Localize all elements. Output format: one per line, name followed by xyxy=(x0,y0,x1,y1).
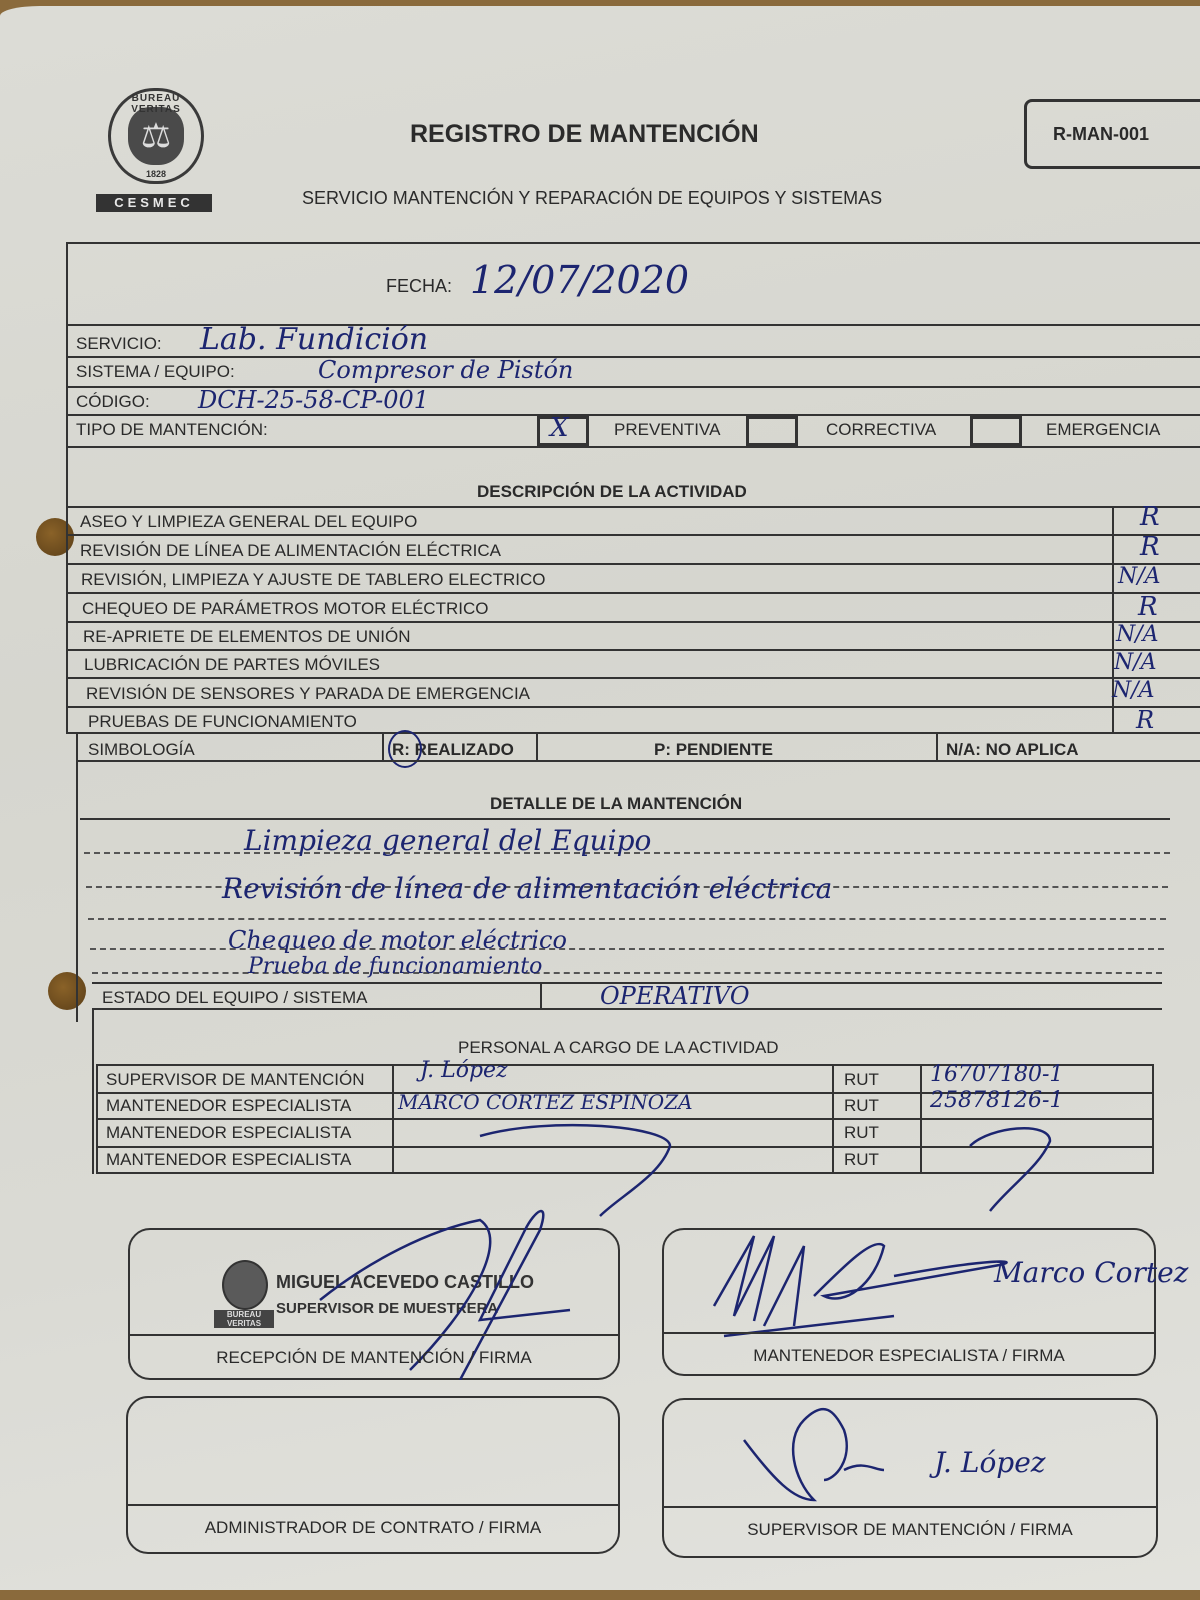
row-divider xyxy=(76,760,1200,762)
form-left-border xyxy=(76,732,78,1022)
row-divider xyxy=(66,732,1200,734)
correctiva-label: CORRECTIVA xyxy=(826,420,936,440)
recepcion-caption: RECEPCIÓN DE MANTENCIÓN / FIRMA xyxy=(130,1348,618,1368)
signature-line xyxy=(128,1504,618,1506)
preventiva-checkbox[interactable]: X xyxy=(537,416,589,446)
row-divider xyxy=(66,446,1200,448)
row-divider xyxy=(66,356,1200,358)
personal-role: MANTENEDOR ESPECIALISTA xyxy=(106,1096,351,1116)
recepcion-signature-box[interactable]: BUREAU VERITAS MIGUEL ACEVEDO CASTILLO S… xyxy=(128,1228,620,1380)
row-divider xyxy=(92,1008,1162,1010)
sistema-value[interactable]: Compresor de Pistón xyxy=(318,356,573,384)
activity-item-status[interactable]: N/A xyxy=(1118,564,1161,589)
bureau-veritas-logo: ⚖ BUREAU VERITAS 1828 xyxy=(108,88,204,184)
activity-item-label: LUBRICACIÓN DE PARTES MÓVILES xyxy=(84,655,380,675)
cell-divider xyxy=(540,982,542,1008)
stamp-brand: BUREAU VERITAS xyxy=(214,1310,274,1328)
personal-role: MANTENEDOR ESPECIALISTA xyxy=(106,1150,351,1170)
sistema-label: SISTEMA / EQUIPO: xyxy=(76,362,235,382)
row-divider xyxy=(66,506,1200,508)
supervisor-signature-icon xyxy=(734,1400,934,1520)
supervisor-signature-text: J. López xyxy=(934,1446,1046,1479)
activity-item-label: RE-APRIETE DE ELEMENTOS DE UNIÓN xyxy=(83,627,410,647)
tipo-mantencion-label: TIPO DE MANTENCIÓN: xyxy=(76,420,268,440)
activity-item-status[interactable]: N/A xyxy=(1116,622,1159,647)
rut-label: RUT xyxy=(844,1070,879,1090)
form-code-badge: R-MAN-001 xyxy=(1024,99,1200,169)
activity-item-status[interactable]: R xyxy=(1140,502,1160,532)
simbologia-label: SIMBOLOGÍA xyxy=(88,740,195,760)
row-divider xyxy=(66,414,1200,416)
row-divider xyxy=(66,621,1200,623)
mantenedor-signature-text: Marco Cortez xyxy=(994,1256,1188,1289)
row-divider xyxy=(66,706,1200,708)
activity-item-status[interactable]: N/A xyxy=(1112,678,1155,703)
dashed-line xyxy=(88,918,1166,920)
codigo-label: CÓDIGO: xyxy=(76,392,150,412)
punch-hole-bottom xyxy=(48,972,86,1010)
personal-role: SUPERVISOR DE MANTENCIÓN xyxy=(106,1070,365,1090)
activity-item-label: ASEO Y LIMPIEZA GENERAL DEL EQUIPO xyxy=(80,512,417,532)
activity-item-label: REVISIÓN DE LÍNEA DE ALIMENTACIÓN ELÉCTR… xyxy=(80,541,501,561)
emergencia-checkbox[interactable] xyxy=(970,416,1022,446)
actividad-section-title: DESCRIPCIÓN DE LA ACTIVIDAD xyxy=(477,482,747,502)
form-top-border xyxy=(66,242,1200,244)
row-divider xyxy=(66,677,1200,679)
signature-line xyxy=(664,1506,1156,1508)
preventiva-label: PREVENTIVA xyxy=(614,420,720,440)
punch-hole-top xyxy=(36,518,74,556)
row-divider xyxy=(66,563,1200,565)
personal-section-title: PERSONAL A CARGO DE LA ACTIVIDAD xyxy=(458,1038,779,1058)
cell-divider xyxy=(536,732,538,760)
signature-line xyxy=(130,1334,618,1336)
servicio-value[interactable]: Lab. Fundición xyxy=(200,322,428,357)
simbologia-no-aplica: N/A: NO APLICA xyxy=(946,740,1079,760)
fecha-label: FECHA: xyxy=(386,276,452,297)
detalle-line[interactable]: Prueba de funcionamiento xyxy=(248,954,542,979)
detalle-line[interactable]: Limpieza general del Equipo xyxy=(244,824,651,857)
mantenedor-signature-box[interactable]: Marco Cortez MANTENEDOR ESPECIALISTA / F… xyxy=(662,1228,1156,1376)
row-divider xyxy=(66,649,1200,651)
detalle-section-title: DETALLE DE LA MANTENCIÓN xyxy=(490,794,742,814)
form-paper: ⚖ BUREAU VERITAS 1828 CESMEC REGISTRO DE… xyxy=(0,6,1200,1590)
personal-name[interactable]: J. López xyxy=(420,1058,508,1083)
administrador-signature-box[interactable]: ADMINISTRADOR DE CONTRATO / FIRMA xyxy=(126,1396,620,1554)
emergencia-label: EMERGENCIA xyxy=(1046,420,1160,440)
cesmec-brand: CESMEC xyxy=(96,194,212,212)
logo-year: 1828 xyxy=(111,169,201,179)
activity-item-status[interactable]: R xyxy=(1140,532,1160,562)
fecha-value[interactable]: 12/07/2020 xyxy=(470,258,689,302)
page-title: REGISTRO DE MANTENCIÓN xyxy=(410,120,759,149)
mantenedor-caption: MANTENEDOR ESPECIALISTA / FIRMA xyxy=(664,1346,1154,1366)
simbologia-pendiente: P: PENDIENTE xyxy=(654,740,773,760)
correctiva-checkbox[interactable] xyxy=(746,416,798,446)
activity-item-label: REVISIÓN, LIMPIEZA Y AJUSTE DE TABLERO E… xyxy=(81,570,546,590)
estado-label: ESTADO DEL EQUIPO / SISTEMA xyxy=(102,988,367,1008)
cell-divider xyxy=(936,732,938,760)
activity-item-label: PRUEBAS DE FUNCIONAMIENTO xyxy=(88,712,357,732)
form-left-border xyxy=(92,1008,94,1174)
administrador-caption: ADMINISTRADOR DE CONTRATO / FIRMA xyxy=(128,1518,618,1538)
activity-item-label: REVISIÓN DE SENSORES Y PARADA DE EMERGEN… xyxy=(86,684,530,704)
estado-value[interactable]: OPERATIVO xyxy=(600,982,750,1010)
stamp-logo-icon xyxy=(222,1260,268,1310)
detalle-line[interactable]: Revisión de línea de alimentación eléctr… xyxy=(222,872,832,905)
supervisor-signature-box[interactable]: J. López SUPERVISOR DE MANTENCIÓN / FIRM… xyxy=(662,1398,1158,1558)
codigo-value[interactable]: DCH-25-58-CP-001 xyxy=(198,386,429,414)
personal-role: MANTENEDOR ESPECIALISTA xyxy=(106,1123,351,1143)
logo-figure-icon: ⚖ xyxy=(128,107,184,165)
activity-item-status[interactable]: R xyxy=(1136,706,1154,734)
realizado-circle-mark xyxy=(388,730,422,768)
logo-ring-text: BUREAU VERITAS xyxy=(111,93,201,115)
row-divider xyxy=(66,534,1200,536)
activity-item-status[interactable]: R xyxy=(1138,592,1158,622)
personal-rut[interactable]: 16707180-1 xyxy=(930,1062,1063,1087)
detalle-line[interactable]: Chequeo de motor eléctrico xyxy=(228,926,567,954)
servicio-label: SERVICIO: xyxy=(76,334,162,354)
activity-item-label: CHEQUEO DE PARÁMETROS MOTOR ELÉCTRICO xyxy=(82,599,488,619)
signature-line xyxy=(664,1332,1154,1334)
cell-divider xyxy=(382,732,384,760)
row-divider xyxy=(66,592,1200,594)
form-left-border xyxy=(66,242,68,732)
page-subtitle: SERVICIO MANTENCIÓN Y REPARACIÓN DE EQUI… xyxy=(302,188,882,209)
row-divider xyxy=(80,818,1170,820)
activity-item-status[interactable]: N/A xyxy=(1114,650,1157,675)
checkbox-mark: X xyxy=(550,413,569,443)
supervisor-caption: SUPERVISOR DE MANTENCIÓN / FIRMA xyxy=(664,1520,1156,1540)
